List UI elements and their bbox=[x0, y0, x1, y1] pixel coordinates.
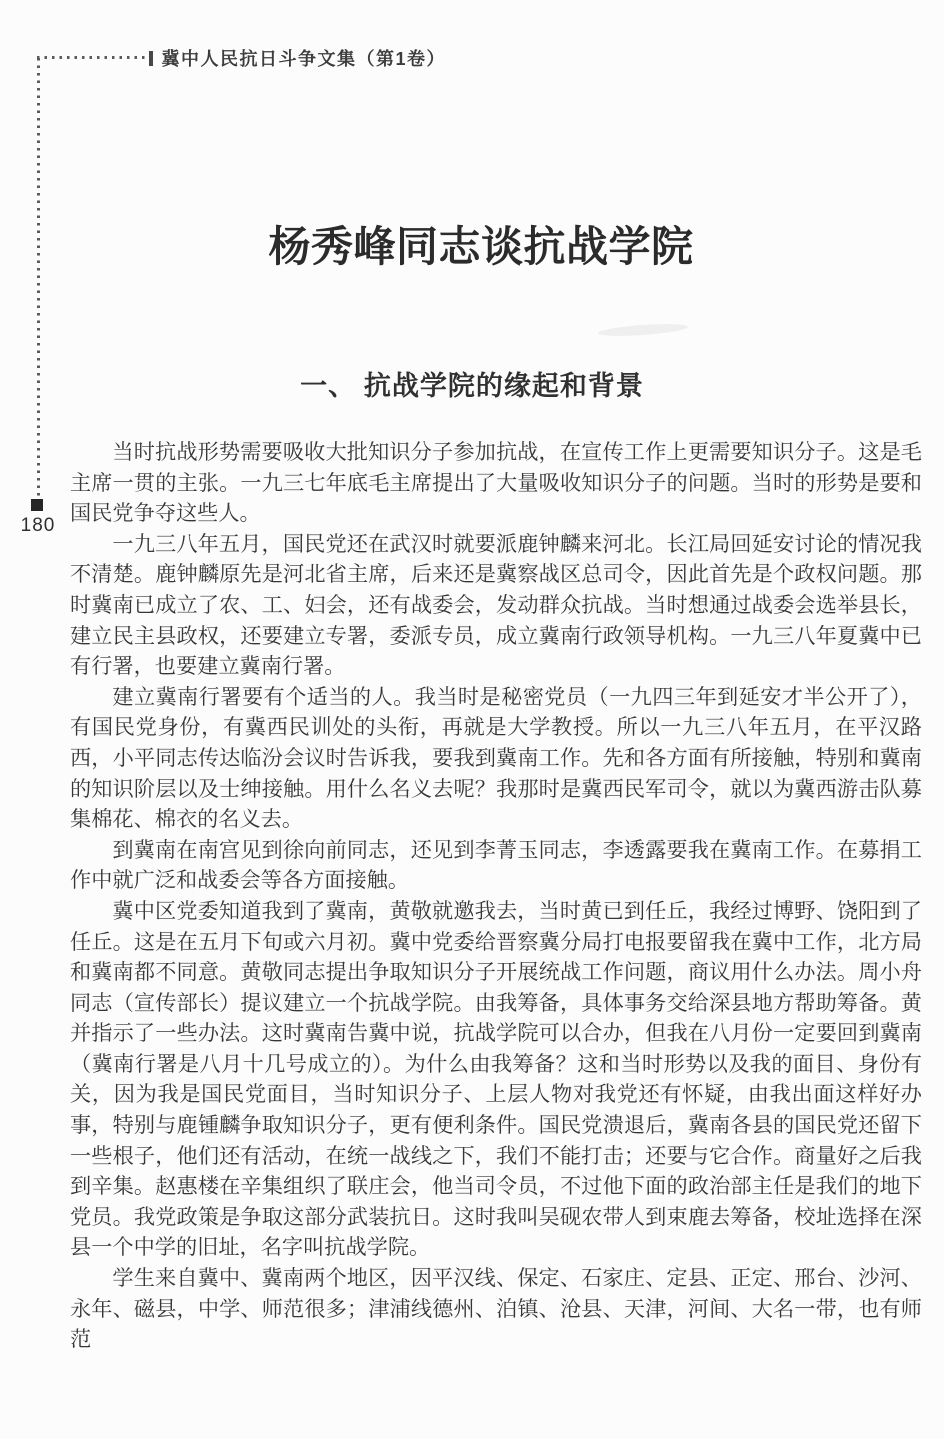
body-paragraph: 学生来自冀中、冀南两个地区，因平汉线、保定、石家庄、定县、正定、邢台、沙河、永年… bbox=[70, 1263, 922, 1355]
body-paragraph: 建立冀南行署要有个适当的人。我当时是秘密党员（一九四三年到延安才半公开了），有国… bbox=[70, 682, 922, 835]
body-paragraph: 冀中区党委知道我到了冀南，黄敬就邀我去，当时黄已到任丘，我经过博野、饶阳到了任丘… bbox=[70, 896, 922, 1263]
running-header: 冀中人民抗日斗争文集（第1卷） bbox=[149, 45, 446, 71]
page-number: 180 bbox=[10, 515, 66, 537]
body-paragraph: 一九三八年五月，国民党还在武汉时就要派鹿钟麟来河北。长江局回延安讨论的情况我不清… bbox=[70, 529, 922, 682]
dotted-rule-vertical bbox=[37, 58, 40, 496]
section-heading: 一、 抗战学院的缘起和背景 bbox=[0, 364, 944, 403]
book-title: 冀中人民抗日斗争文集（第1卷） bbox=[162, 45, 447, 71]
dotted-rule-horizontal bbox=[37, 56, 145, 59]
article-title: 杨秀峰同志谈抗战学院 bbox=[0, 214, 944, 274]
square-marker-icon bbox=[31, 499, 43, 511]
body-paragraph: 到冀南在南宫见到徐向前同志，还见到李菁玉同志，李透露要我在冀南工作。在募捐工作中… bbox=[70, 835, 922, 896]
article-body: 当时抗战形势需要吸收大批知识分子参加抗战，在宣传工作上更需要知识分子。这是毛主席… bbox=[70, 437, 922, 1355]
tick-mark-icon bbox=[149, 51, 153, 66]
scan-smudge bbox=[598, 322, 688, 338]
book-page: 180 冀中人民抗日斗争文集（第1卷） 杨秀峰同志谈抗战学院 一、 抗战学院的缘… bbox=[0, 0, 944, 1439]
body-paragraph: 当时抗战形势需要吸收大批知识分子参加抗战，在宣传工作上更需要知识分子。这是毛主席… bbox=[70, 437, 922, 529]
